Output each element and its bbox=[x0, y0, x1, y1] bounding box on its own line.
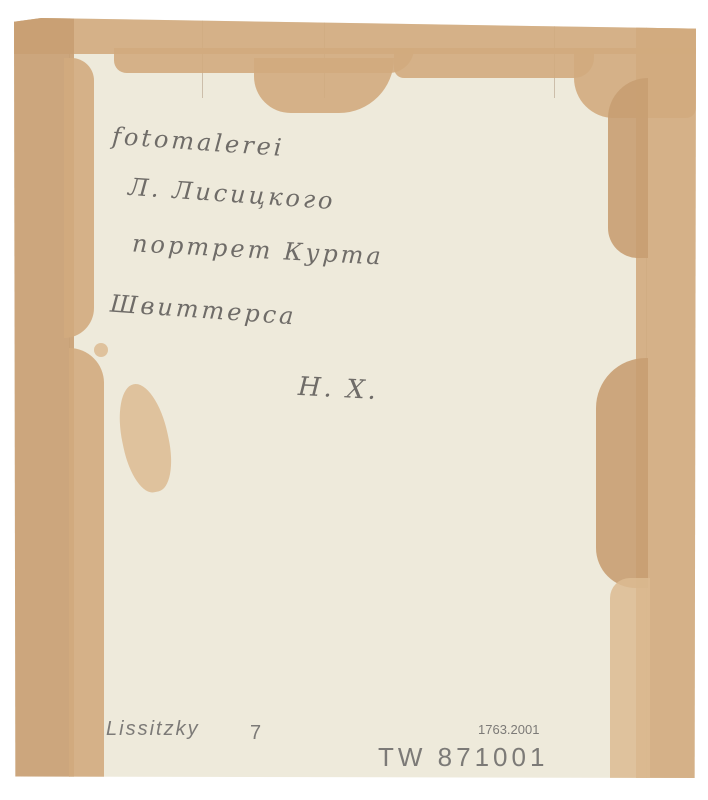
inventory-number: TW 871001 bbox=[378, 742, 548, 773]
accession-number: 1763.2001 bbox=[478, 722, 539, 737]
stain-left bbox=[69, 348, 104, 778]
stain-blot bbox=[94, 343, 108, 357]
stain-top bbox=[394, 48, 594, 78]
number-annotation: 7 bbox=[250, 722, 261, 745]
stain-right bbox=[596, 358, 648, 588]
stain-blot bbox=[111, 379, 179, 496]
stain-top bbox=[254, 58, 394, 113]
stain-right bbox=[610, 578, 650, 778]
artist-annotation: Lissitzky bbox=[106, 718, 200, 741]
stain-left bbox=[64, 58, 94, 338]
inscription-initials: Н. Х. bbox=[297, 372, 379, 406]
stain-right bbox=[608, 78, 648, 258]
